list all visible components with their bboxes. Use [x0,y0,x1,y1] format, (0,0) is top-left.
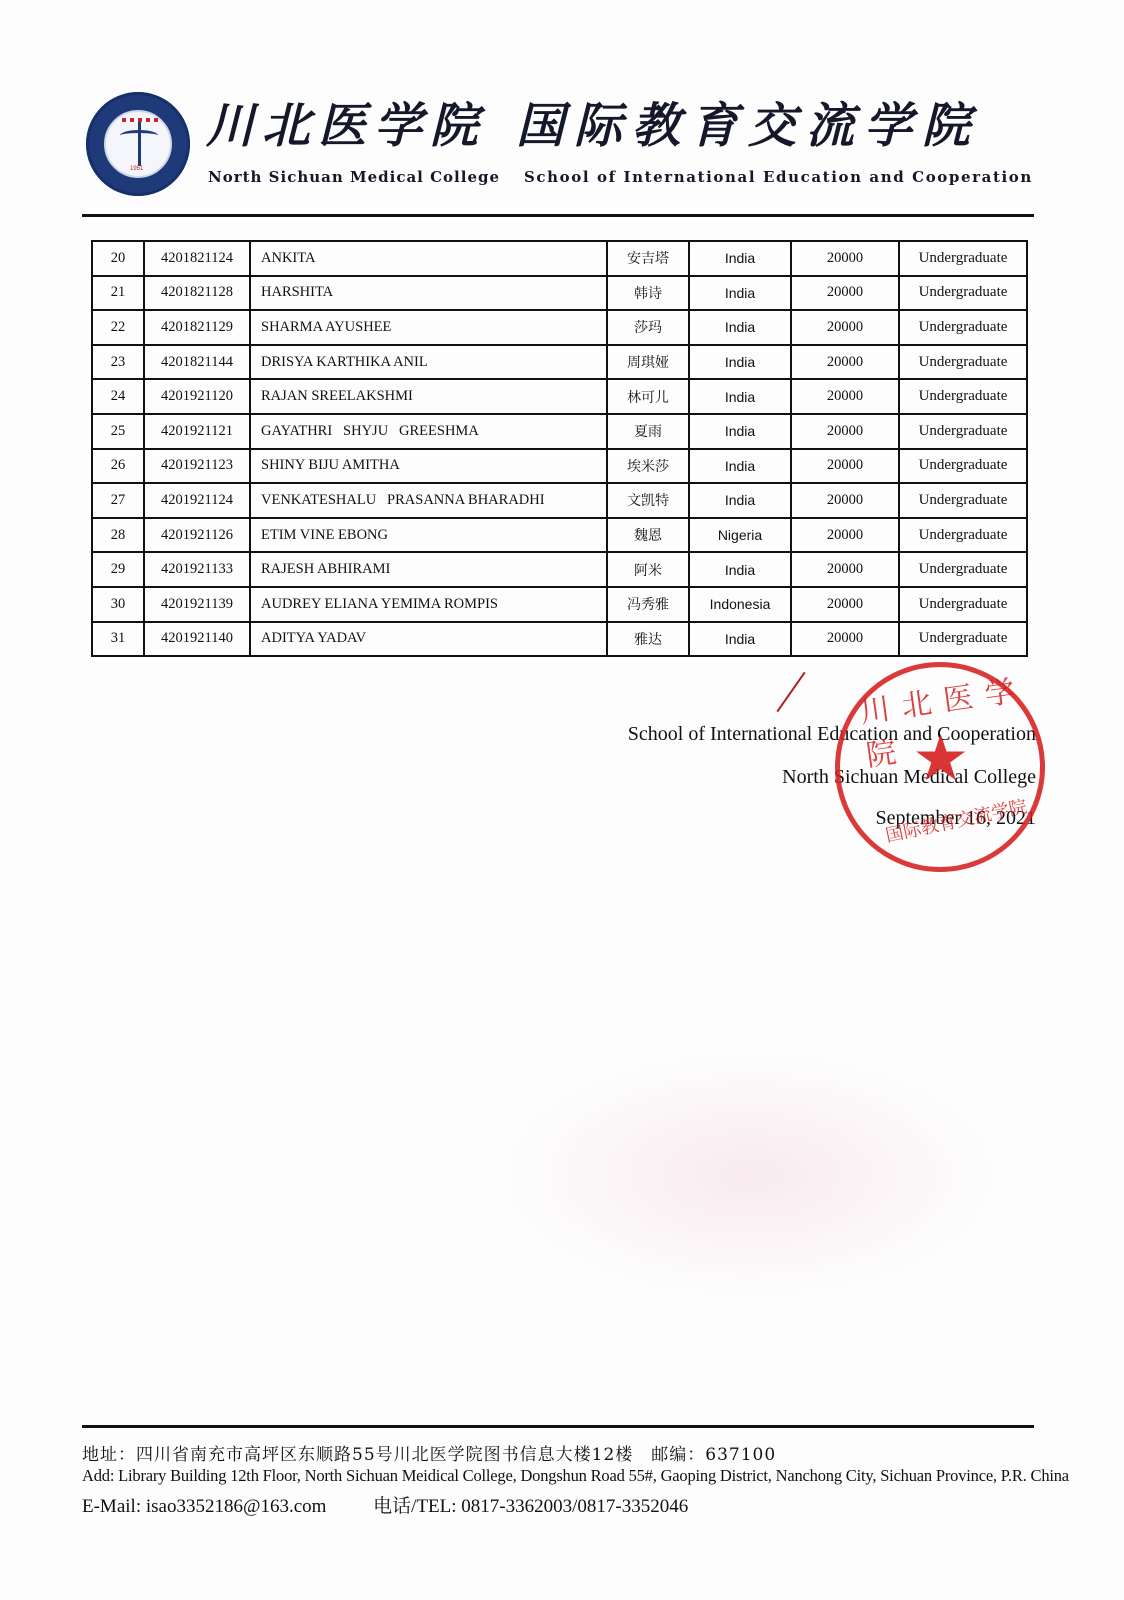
caduceus-icon [138,122,141,166]
study-level-cell: Undergraduate [899,310,1027,345]
footer-tel: 电话/TEL: 0817-3362003/0817-3352046 [373,1496,688,1517]
table-row: 244201921120RAJAN SREELAKSHMI林可儿India200… [92,379,1027,414]
student-id-cell: 4201821144 [144,345,250,380]
row-number-cell: 22 [92,310,144,345]
student-name-cell: AUDREY ELIANA YEMIMA ROMPIS [250,587,607,622]
student-id-cell: 4201921120 [144,379,250,414]
tuition-fee-cell: 20000 [791,449,899,484]
country-cell: India [689,379,791,414]
student-id-cell: 4201921133 [144,552,250,587]
study-level-cell: Undergraduate [899,483,1027,518]
tuition-fee-cell: 20000 [791,241,899,276]
country-cell: Nigeria [689,518,791,553]
row-number-cell: 23 [92,345,144,380]
table-row: 224201821129SHARMA AYUSHEE莎玛India20000Un… [92,310,1027,345]
country-cell: India [689,310,791,345]
chinese-name-cell: 林可儿 [607,379,689,414]
country-cell: Indonesia [689,587,791,622]
college-name-cn: 川北医学院 [206,96,486,156]
study-level-cell: Undergraduate [899,379,1027,414]
row-number-cell: 20 [92,241,144,276]
chinese-name-cell: 冯秀雅 [607,587,689,622]
table-row: 274201921124VENKATESHALU PRASANNA BHARAD… [92,483,1027,518]
country-cell: India [689,241,791,276]
study-level-cell: Undergraduate [899,241,1027,276]
table-row: 314201921140ADITYA YADAV雅达India20000Unde… [92,622,1027,657]
student-name-cell: SHINY BIJU AMITHA [250,449,607,484]
study-level-cell: Undergraduate [899,587,1027,622]
row-number-cell: 27 [92,483,144,518]
tuition-fee-cell: 20000 [791,310,899,345]
student-name-cell: VENKATESHALU PRASANNA BHARADHI [250,483,607,518]
table-row: 294201921133RAJESH ABHIRAMI阿米India20000U… [92,552,1027,587]
footer-address-en: Add: Library Building 12th Floor, North … [82,1466,1069,1486]
student-id-cell: 4201921121 [144,414,250,449]
tuition-fee-cell: 20000 [791,622,899,657]
country-cell: India [689,552,791,587]
table-row: 214201821128HARSHITA韩诗India20000Undergra… [92,276,1027,311]
chinese-name-cell: 埃米莎 [607,449,689,484]
tuition-fee-cell: 20000 [791,587,899,622]
college-seal-logo-icon: 1951 [86,92,190,196]
row-number-cell: 29 [92,552,144,587]
chinese-name-cell: 周琪娅 [607,345,689,380]
tuition-fee-cell: 20000 [791,276,899,311]
chinese-name-cell: 莎玛 [607,310,689,345]
study-level-cell: Undergraduate [899,345,1027,380]
study-level-cell: Undergraduate [899,414,1027,449]
student-id-cell: 4201821124 [144,241,250,276]
footer-contact: E-Mail: isao3352186@163.com 电话/TEL: 0817… [82,1491,688,1518]
study-level-cell: Undergraduate [899,622,1027,657]
row-number-cell: 31 [92,622,144,657]
student-id-cell: 4201921140 [144,622,250,657]
study-level-cell: Undergraduate [899,449,1027,484]
student-name-cell: RAJAN SREELAKSHMI [250,379,607,414]
student-name-cell: ADITYA YADAV [250,622,607,657]
signature-date: September 16, 2021 [875,807,1036,830]
chinese-name-cell: 文凯特 [607,483,689,518]
seal-top-text: 川北医学院 [857,663,1046,775]
student-id-cell: 4201921123 [144,449,250,484]
row-number-cell: 30 [92,587,144,622]
country-cell: India [689,622,791,657]
study-level-cell: Undergraduate [899,552,1027,587]
student-name-cell: SHARMA AYUSHEE [250,310,607,345]
chinese-name-cell: 安吉塔 [607,241,689,276]
chinese-name-cell: 夏雨 [607,414,689,449]
student-name-cell: GAYATHRI SHYJU GREESHMA [250,414,607,449]
country-cell: India [689,449,791,484]
school-name-cn: 国际教育交流学院 [516,96,980,156]
student-name-cell: ETIM VINE EBONG [250,518,607,553]
country-cell: India [689,345,791,380]
header-divider [82,214,1034,217]
table-row: 204201821124ANKITA安吉塔India20000Undergrad… [92,241,1027,276]
table-row: 304201921139AUDREY ELIANA YEMIMA ROMPIS冯… [92,587,1027,622]
row-number-cell: 28 [92,518,144,553]
letterhead: 1951 川北医学院 North Sichuan Medical College… [84,88,1034,203]
table-row: 264201921123SHINY BIJU AMITHA埃米莎India200… [92,449,1027,484]
row-number-cell: 21 [92,276,144,311]
tuition-fee-cell: 20000 [791,414,899,449]
logo-year: 1951 [130,166,143,172]
footer-address-cn: 地址：四川省南充市高坪区东顺路55号川北医学院图书信息大楼12楼 邮编：6371… [82,1440,776,1465]
country-cell: India [689,276,791,311]
tuition-fee-cell: 20000 [791,483,899,518]
study-level-cell: Undergraduate [899,276,1027,311]
document-page: 1951 川北医学院 North Sichuan Medical College… [0,0,1124,1600]
study-level-cell: Undergraduate [899,518,1027,553]
signature-stroke [776,672,805,712]
student-id-cell: 4201921126 [144,518,250,553]
country-cell: India [689,483,791,518]
signature-college: North Sichuan Medical College [782,766,1036,789]
college-name-en: North Sichuan Medical College [208,168,500,186]
table-row: 284201921126ETIM VINE EBONG魏恩Nigeria2000… [92,518,1027,553]
chinese-name-cell: 魏恩 [607,518,689,553]
school-name-en: School of International Education and Co… [524,168,1033,186]
student-name-cell: HARSHITA [250,276,607,311]
chinese-name-cell: 韩诗 [607,276,689,311]
footer-divider [82,1425,1034,1428]
student-name-cell: DRISYA KARTHIKA ANIL [250,345,607,380]
chinese-name-cell: 雅达 [607,622,689,657]
paper-stain [500,1050,1000,1300]
student-name-cell: RAJESH ABHIRAMI [250,552,607,587]
student-id-cell: 4201921124 [144,483,250,518]
student-id-cell: 4201921139 [144,587,250,622]
tuition-fee-cell: 20000 [791,345,899,380]
row-number-cell: 24 [92,379,144,414]
student-roster-table: 204201821124ANKITA安吉塔India20000Undergrad… [91,240,1028,657]
chinese-name-cell: 阿米 [607,552,689,587]
student-name-cell: ANKITA [250,241,607,276]
signature-school: School of International Education and Co… [628,723,1036,746]
tuition-fee-cell: 20000 [791,552,899,587]
table-row: 234201821144DRISYA KARTHIKA ANIL周琪娅India… [92,345,1027,380]
tuition-fee-cell: 20000 [791,518,899,553]
country-cell: India [689,414,791,449]
student-id-cell: 4201821128 [144,276,250,311]
student-id-cell: 4201821129 [144,310,250,345]
footer-email[interactable]: E-Mail: isao3352186@163.com [82,1496,326,1517]
table-row: 254201921121GAYATHRI SHYJU GREESHMA夏雨Ind… [92,414,1027,449]
tuition-fee-cell: 20000 [791,379,899,414]
row-number-cell: 26 [92,449,144,484]
row-number-cell: 25 [92,414,144,449]
